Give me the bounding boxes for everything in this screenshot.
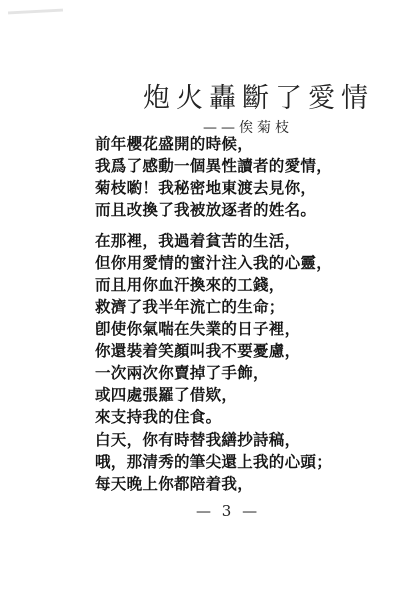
poem-line: 我爲了感動一個異性讀者的愛情， [95,156,332,176]
poem-line: 或四處張羅了借欵， [95,385,237,405]
poem-line: 而且改換了我被放逐者的姓名。 [95,200,316,220]
poem-line: 哦，那清秀的筆尖還上我的心頭； [95,452,332,472]
poem-line: 白天，你有時替我繕抄詩稿， [95,430,300,450]
watermark [8,9,63,15]
poem-line: 但你用愛情的蜜汁注入我的心靈， [95,253,332,273]
poem-line: 你還裝着笑顏叫我不要憂慮， [95,341,300,361]
poem-line: 救濟了我半年流亡的生命； [95,297,285,317]
poem-line: 來支持我的住食。 [95,407,221,427]
poem-line: 每天晚上你都陪着我， [95,474,253,494]
poem-line: 而且用你血汗換來的工錢， [95,275,285,295]
poem-title: 炮火轟斷了愛情 [143,84,374,114]
poem-line: 菊枝喲！我秘密地東渡去見你， [95,178,316,198]
poem-line: 一次兩次你賣掉了手飾， [95,363,269,383]
page-number: — 3 — [196,502,260,520]
poem-line: 卽使你氣喘在失業的日子裡， [95,319,300,339]
poem-line: 前年櫻花盛開的時候， [95,134,253,154]
poem-line: 在那裡，我過着貧苦的生活， [95,231,300,251]
